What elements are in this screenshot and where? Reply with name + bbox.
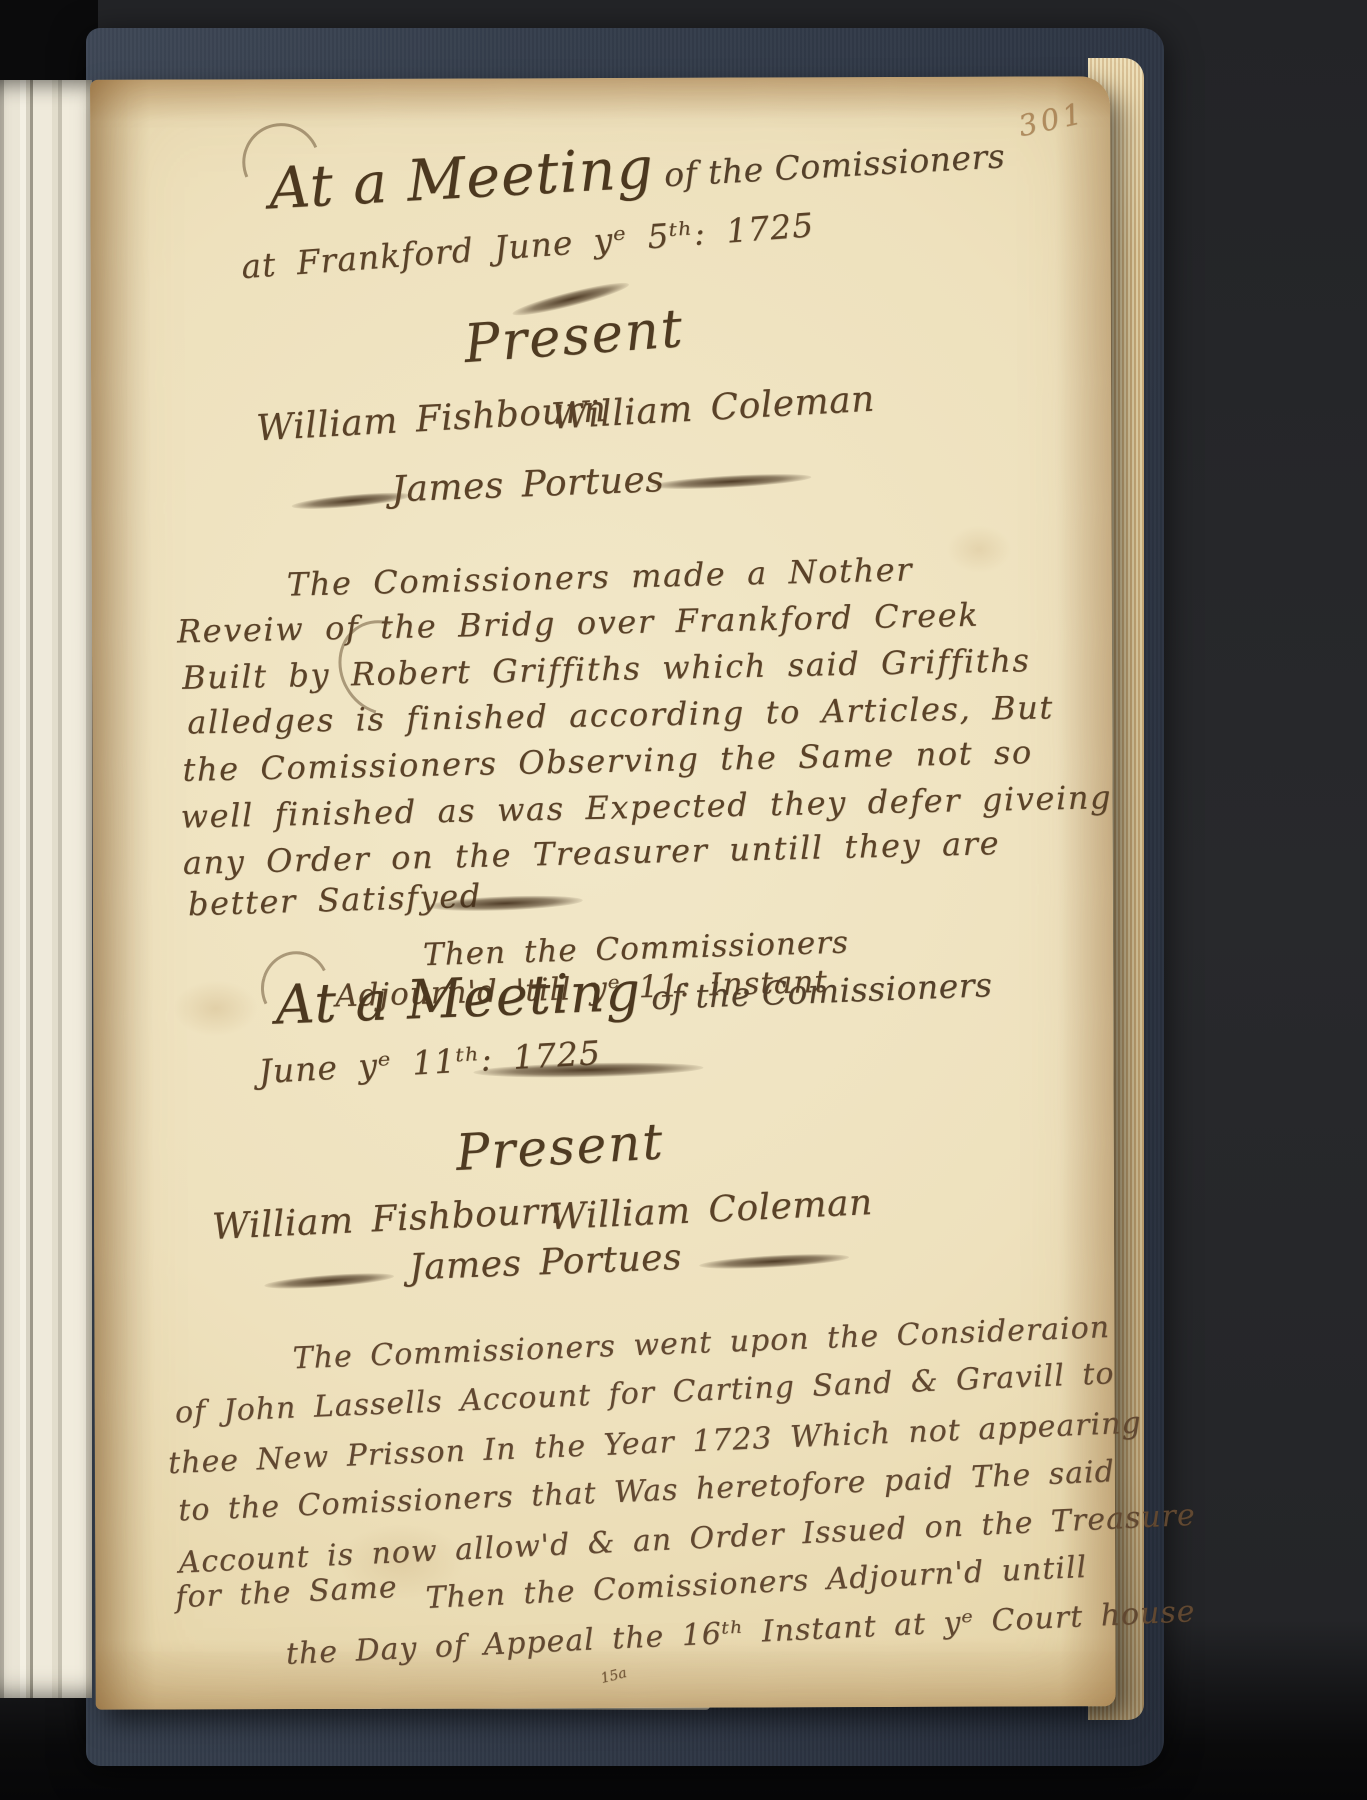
gathering-mark: 15a: [599, 1665, 628, 1687]
attendee-name: William Fishbourn: [211, 1191, 563, 1248]
minutes-line: better Satisfyed: [187, 877, 482, 924]
meeting1-heading-rest: of the Comissioners: [663, 136, 1006, 194]
minutes-line: Built by Robert Griffiths which said Gri…: [182, 641, 1031, 697]
facing-page-edges: [0, 80, 92, 1698]
attendee-name: James Portues: [391, 459, 665, 510]
ink-flourish: [651, 471, 811, 492]
adjournment-line: the Day of Appeal the 16ᵗʰ Instant at yᵉ…: [285, 1594, 1196, 1672]
manuscript-photo: 301 At a Meetingof the Comissioners at F…: [0, 0, 1367, 1800]
minutes-line: the Comissioners Observing the Same not …: [182, 733, 1033, 789]
background-corner: [0, 0, 98, 84]
minutes-line: The Comissioners made a Nother: [286, 550, 913, 603]
meeting2-heading-main: At a Meeting: [274, 960, 642, 1037]
minutes-line: Reveiw of the Bridg over Frankford Creek: [177, 596, 980, 651]
manuscript-page: 301 At a Meetingof the Comissioners at F…: [90, 76, 1116, 1710]
meeting2-heading-rest: of the Comissioners: [650, 965, 993, 1017]
attendee-name: William Coleman: [548, 1182, 873, 1238]
page-number: 301: [1015, 96, 1088, 143]
attendee-name: William Coleman: [550, 379, 876, 438]
meeting2-date: June yᵉ 11ᵗʰ: 1725: [258, 1033, 602, 1091]
meeting2-heading: At a Meetingof the Comissioners: [274, 946, 993, 1036]
attendee-name: James Portues: [408, 1237, 682, 1288]
meeting2-present-label: Present: [454, 1112, 666, 1182]
meeting1-present-label: Present: [462, 298, 686, 375]
meeting1-heading-main: At a Meeting: [267, 135, 656, 222]
minutes-line: alledges is finished according to Articl…: [187, 688, 1054, 741]
ink-flourish: [264, 1270, 395, 1291]
meeting1-heading: At a Meetingof the Comissioners: [267, 115, 1006, 222]
ink-flourish: [699, 1251, 849, 1271]
